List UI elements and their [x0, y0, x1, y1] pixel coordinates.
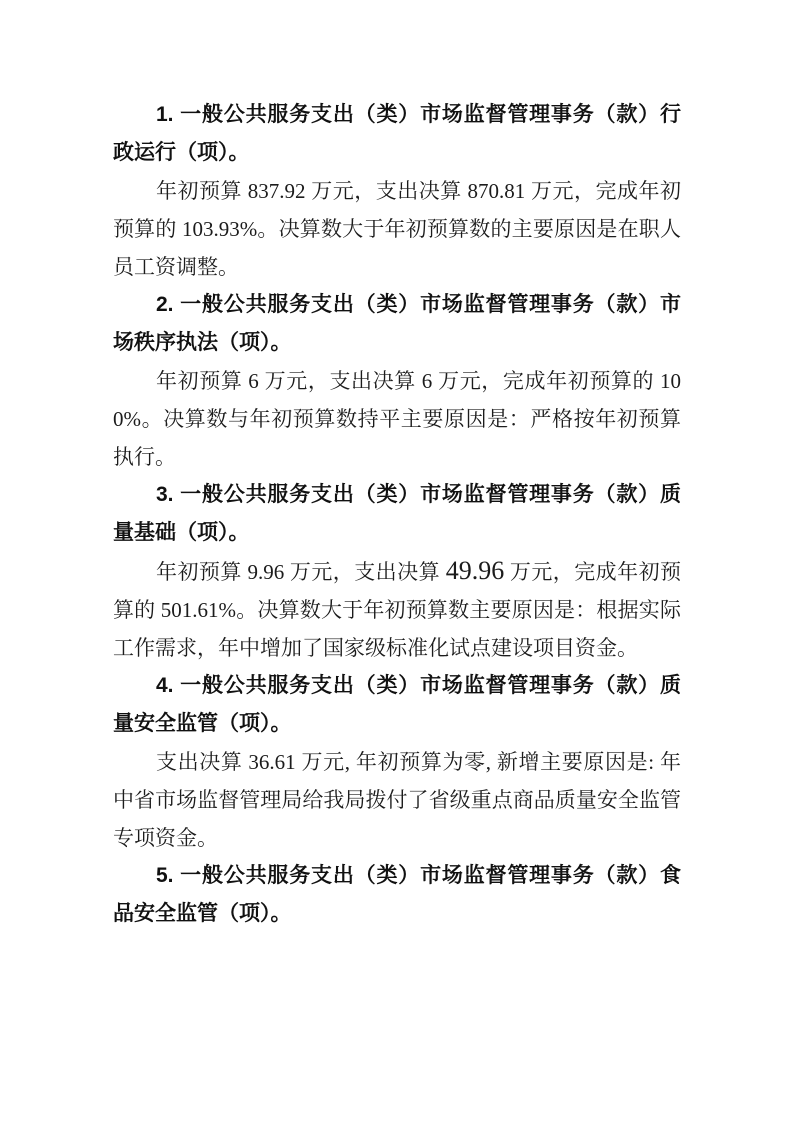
section-2-heading: 2. 一般公共服务支出（类）市场监督管理事务（款）市场秩序执法（项）。	[113, 286, 681, 362]
section-1-heading: 1. 一般公共服务支出（类）市场监督管理事务（款）行政运行（项）。	[113, 96, 681, 172]
section-3-paragraph-text-before: 年初预算 9.96 万元，支出决算	[156, 560, 446, 584]
section-3-large-number: 49.96	[446, 556, 505, 585]
document-page: 1. 一般公共服务支出（类）市场监督管理事务（款）行政运行（项）。 年初预算 8…	[0, 0, 793, 1122]
section-1-paragraph: 年初预算 837.92 万元，支出决算 870.81 万元，完成年初预算的 10…	[113, 172, 681, 286]
section-2-paragraph: 年初预算 6 万元，支出决算 6 万元，完成年初预算的 100%。决算数与年初预…	[113, 362, 681, 476]
section-4-paragraph: 支出决算 36.61 万元, 年初预算为零, 新增主要原因是: 年中省市场监督管…	[113, 743, 681, 857]
section-3-heading: 3. 一般公共服务支出（类）市场监督管理事务（款）质量基础（项）。	[113, 476, 681, 552]
section-3-paragraph: 年初预算 9.96 万元，支出决算 49.96 万元，完成年初预算的 501.6…	[113, 552, 681, 667]
section-4-heading: 4. 一般公共服务支出（类）市场监督管理事务（款）质量安全监管（项）。	[113, 667, 681, 743]
section-5-heading: 5. 一般公共服务支出（类）市场监督管理事务（款）食品安全监管（项）。	[113, 857, 681, 933]
